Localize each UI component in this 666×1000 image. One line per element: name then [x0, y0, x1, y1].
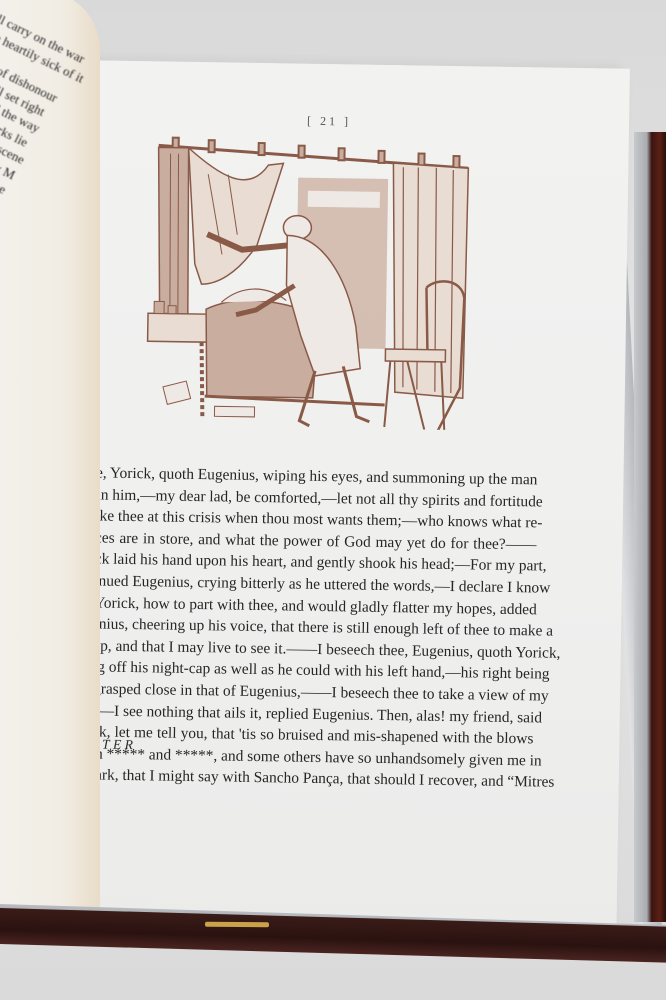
illustration-engraving [144, 133, 479, 430]
book-cover-right-edge [634, 132, 666, 922]
gold-ribbon-marker [205, 922, 269, 928]
illustration-bedside-scene-icon [144, 133, 479, 430]
page-number: [ 21 ] [307, 114, 351, 130]
left-page-curled: ll carry on the war ee heartily sick of … [0, 0, 100, 910]
left-page-text: ll carry on the war ee heartily sick of … [0, 10, 83, 496]
right-page: [ 21 ] [56, 60, 630, 934]
